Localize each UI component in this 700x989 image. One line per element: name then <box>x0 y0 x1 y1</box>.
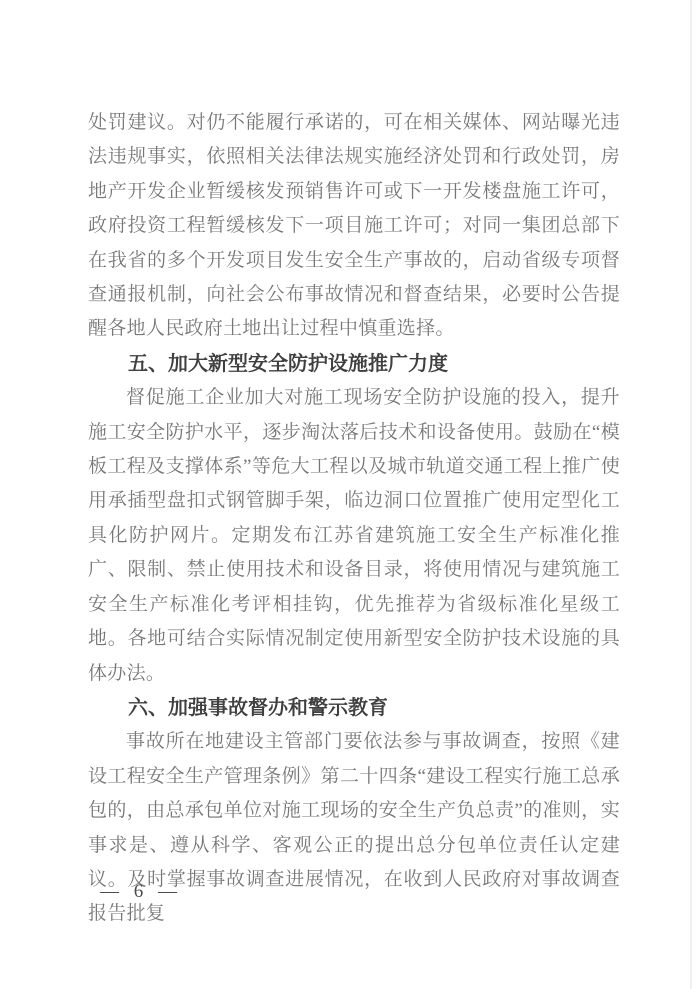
scan-edge-line <box>690 0 692 989</box>
section-heading: 六、加强事故督办和警示教育 <box>88 691 620 725</box>
body-paragraph: 督促施工企业加大对施工现场安全防护设施的投入，提升施工安全防护水平，逐步淘汰落后… <box>88 381 620 691</box>
document-page: 处罚建议。对仍不能履行承诺的，可在相关媒体、网站曝光违法违规事实，依照相关法律法… <box>0 0 700 989</box>
body-paragraph: 处罚建议。对仍不能履行承诺的，可在相关媒体、网站曝光违法违规事实，依照相关法律法… <box>88 106 620 347</box>
document-content: 处罚建议。对仍不能履行承诺的，可在相关媒体、网站曝光违法违规事实，依照相关法律法… <box>88 106 620 932</box>
section-heading: 五、加大新型安全防护设施推广力度 <box>88 347 620 381</box>
page-number: — 6 — <box>100 878 182 906</box>
